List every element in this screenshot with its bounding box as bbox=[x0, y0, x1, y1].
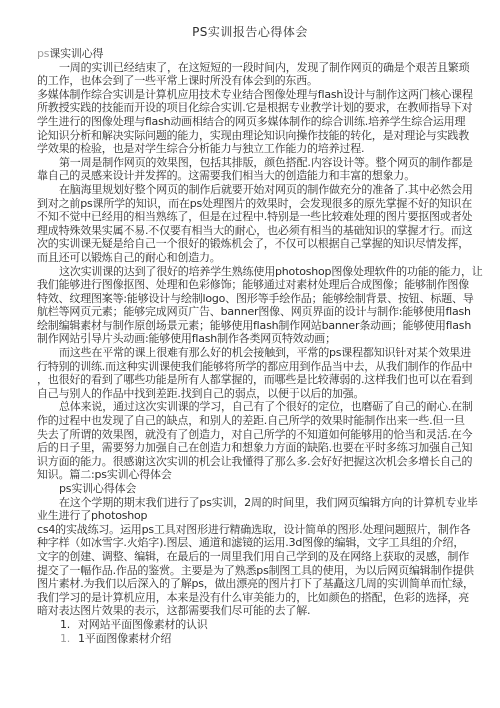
text-line-13: 不知不觉中已经用的相当熟练了，但是在过程中.特别是一些比较难处理的图片要抠图或者… bbox=[37, 210, 470, 224]
text-line-26: 自己与别人的作品中找到差距.找到自己的弱点，以便于以后的加强。 bbox=[37, 387, 470, 401]
text-line-17: 这次实训课的达到了很好的培养学生熟练使用photoshop图像处理软件的功能的能… bbox=[37, 265, 470, 279]
text-line-9: 第一周是制作网页的效果图，包括其排版，颜色搭配.内容设计等。整个网页的制作都是 bbox=[37, 156, 470, 170]
text-line-20: 航栏等网页元素；能够完成网页广告、banner图像、网页界面的设计与制作:能够使… bbox=[37, 305, 470, 319]
document-body: ps课实训心得一周的实训已经结束了，在这短短的一段时间内，发现了制作网页的确是个… bbox=[37, 47, 470, 645]
text-line-10: 靠自己的灵感来设计并发挥的。这需要我们相当大的创造能力和丰富的想象力。 bbox=[37, 169, 470, 183]
text-line-41: 我们学习的是计算机应用，本来是没有什么审美能力的，比如颜色的搭配，色彩的选择，亮 bbox=[37, 591, 470, 605]
text-line-44: 1.1平面图像素材介绍 bbox=[37, 632, 470, 646]
text-line-27: 总体来说，通过这次实训课的学习，自己有了个很好的定位，也磨砺了自己的耐心.在制 bbox=[37, 400, 470, 414]
text-line-5: 所教授实践的技能而开设的项目化综合实训.它是根据专业教学计划的要求，在教师指导下… bbox=[37, 101, 470, 115]
text-line-14: 理成特殊效果实属不易.不仅要有相当大的耐心，也必须有相当的基础知识的掌握才行。而… bbox=[37, 224, 470, 238]
text-line-34: 在这个学期的期末我们进行了ps实训，2周的时间里，我们网页编辑方向的计算机专业毕 bbox=[37, 496, 470, 510]
text-line-37: 种字样（如冰雪字.火焰字).图层、通道和滤镜的运用.3d图像的编辑，文字工具组的… bbox=[37, 536, 470, 550]
text-line-28: 作的过程中也发现了自己的缺点，和别人的差距.自己所学的效果时能制作出来一些.但一… bbox=[37, 414, 470, 428]
text-line-1: ps课实训心得 bbox=[37, 47, 470, 61]
text-line-24: 行特别的训练.而这种实训课使我们能够将所学的都应用到作品当中去，从我们制作的作品… bbox=[37, 360, 470, 374]
muted-text-prefix: ps bbox=[37, 47, 49, 60]
text-line-21: 绘制编辑素材与制作原创场景元素；能够使用flash制作网站banner条动画；能… bbox=[37, 319, 470, 333]
text-line-2: 一周的实训已经结束了，在这短短的一段时间内，发现了制作网页的确是个艰苦且繁琐 bbox=[37, 61, 470, 75]
text-line-35: 业生进行了photoshop bbox=[37, 509, 470, 523]
text-line-11: 在脑海里规划好整个网页的制作后就要开始对网页的制作做充分的准备了.其中必然会用 bbox=[37, 183, 470, 197]
text-line-22: 制作网站引导片头动画:能够使用flash制作各类网页特效动画； bbox=[37, 332, 470, 346]
text-line-18: 我们能够进行图像抠图、处理和色彩修饰；能够通过对素材处理后合成图像；能够制作图像 bbox=[37, 278, 470, 292]
text-line-23: 而这些在平常的课上很难有那么好的机会接触到，平常的ps课程都知识针对某个效果进 bbox=[37, 346, 470, 360]
text-line-32: 知识。篇二:ps实训心得体会 bbox=[37, 468, 470, 482]
text-line-15: 次的实训课无疑是给自己一个很好的锻炼机会了，不仅可以根据自己掌握的知识尽情发挥， bbox=[37, 237, 470, 251]
text-line-29: 失去了所谓的效果图，就没有了创造力，对自己所学的不知道如何能够用的恰当和灵活.在… bbox=[37, 428, 470, 442]
text-line-36: cs4的实战练习。运用ps工具对图形进行精确选取，设计简单的图形.处理问题照片，… bbox=[37, 523, 470, 537]
text-line-6: 学生进行的图像处理与flash动画相结合的网页多媒体制作的综合训练.培养学生综合… bbox=[37, 115, 470, 129]
page-title: PS实训报告心得体会 bbox=[0, 0, 500, 39]
text-line-38: 文字的创建、调整、编辑，在最后的一周里我们用自己学到的及在网络上获取的灵感，制作 bbox=[37, 550, 470, 564]
text-line-42: 暗对表达图片效果的表示，这都需要我们尽可能的去了解. bbox=[37, 604, 470, 618]
text-line-19: 特效、纹理图案等:能够设计与绘制logo、图形等手绘作品；能够绘制背景、按钮、标… bbox=[37, 292, 470, 306]
text-line-4: 多媒体制作综合实训是计算机应用技术专业结合图像处理与flash设计与制作这两门核… bbox=[37, 88, 470, 102]
document-page: PS实训报告心得体会 ps课实训心得一周的实训已经结束了，在这短短的一段时间内，… bbox=[0, 0, 500, 708]
text-line-40: 图片素材.为我们以后深入的了解ps，做出漂亮的图片打下了基矗这几周的实训简单而忙… bbox=[37, 577, 470, 591]
text-line-12: 到对之前ps课所学的知识，而在ps处理图片的效果时，会发现很多的原先掌握不好的知… bbox=[37, 197, 470, 211]
text-line-31: 识方面的能力。很感谢这次实训的机会让我懂得了那么多.会好好把握这次机会多增长自己… bbox=[37, 455, 470, 469]
list-marker: 1. bbox=[60, 632, 78, 646]
text-line-39: 提交了一幅作品.作品的鉴赏。主要是为了熟悉ps制图工具的使用，为以后网页编辑制作… bbox=[37, 564, 470, 578]
text-line-33: ps实训心得体会 bbox=[37, 482, 470, 496]
text-line-16: 而且还可以锻炼自己的耐心和创造力。 bbox=[37, 251, 470, 265]
text-line-8: 学效果的检验，也是对学生综合分析能力与独立工作能力的培养过程. bbox=[37, 142, 470, 156]
text-line-25: ，也很好的看到了哪些功能是所有人都掌握的，而哪些是比较薄弱的.这样我们也可以在看… bbox=[37, 373, 470, 387]
text-line-7: 论知识分析和解决实际问题的能力，实现由理论知识向操作技能的转化，是对理论与实践教 bbox=[37, 129, 470, 143]
list-marker: 1. bbox=[60, 618, 78, 632]
text-line-3: 的工作，也体会到了一些平常上课时所没有体会到的东西。 bbox=[37, 74, 470, 88]
text-line-43: 1.对网站平面图像素材的认识 bbox=[37, 618, 470, 632]
text-line-30: 后的日子里，需要努力加强自己在创造力和想象力方面的缺陷.也要在平时多练习加强自己… bbox=[37, 441, 470, 455]
